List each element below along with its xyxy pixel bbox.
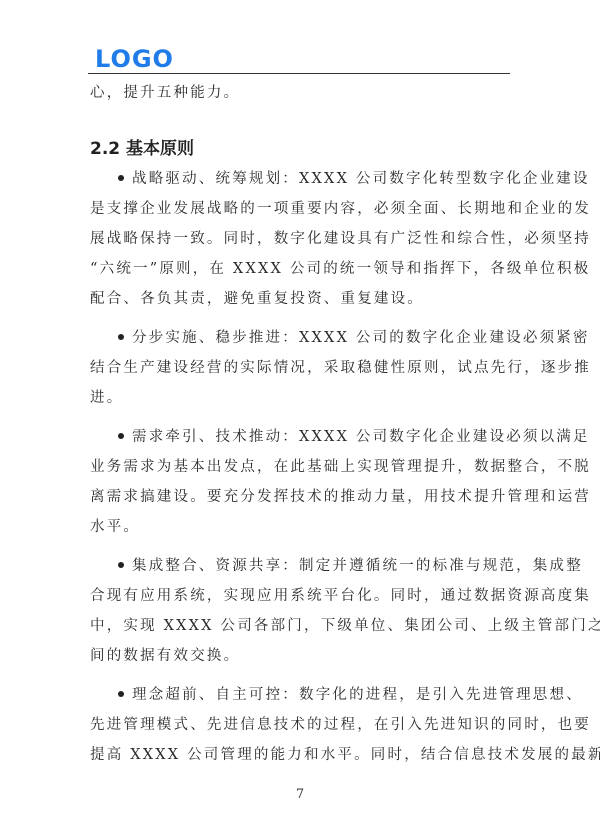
paragraph-1-line-2: 是支撑企业发展战略的一项重要内容，必须全面、长期地和企业的发	[90, 200, 510, 218]
paragraph-5-line-3: 提高 XXXX 公司管理的能力和水平。同时，结合信息技术发展的最新	[90, 746, 510, 764]
paragraph-4-line-2: 合现有应用系统，实现应用系统平台化。同时，通过数据资源高度集	[90, 587, 510, 605]
bullet-icon	[118, 334, 124, 340]
paragraph-1-line-3: 展战略保持一致。同时，数字化建设具有广泛性和综合性，必须坚持	[90, 230, 510, 248]
paragraph-4-line-4: 间的数据有效交换。	[90, 647, 510, 665]
bullet-icon	[118, 562, 124, 568]
header-divider	[88, 73, 510, 74]
paragraph-4-line-3: 中，实现 XXXX 公司各部门，下级单位、集团公司、上级主管部门之	[90, 617, 510, 635]
paragraph-3-line-3: 离需求搞建设。要充分发挥技术的推动力量，用技术提升管理和运营	[90, 488, 510, 506]
continuation-text: 心，提升五种能力。	[90, 84, 510, 102]
paragraph-3-line-4: 水平。	[90, 518, 510, 536]
paragraph-4-line-1: 集成整合、资源共享：制定并遵循统一的标准与规范，集成整	[118, 557, 510, 575]
paragraph-5-line-2: 先进管理模式、先进信息技术的过程，在引入先进知识的同时，也要	[90, 716, 510, 734]
paragraph-2-line-1: 分步实施、稳步推进：XXXX 公司的数字化企业建设必须紧密	[118, 329, 510, 347]
section-heading: 2.2 基本原则	[90, 134, 194, 159]
bullet-icon	[118, 175, 124, 181]
paragraph-1-line-5: 配合、各负其责，避免重复投资、重复建设。	[90, 290, 510, 308]
paragraph-1-line-4: “六统一”原则，在 XXXX 公司的统一领导和指挥下，各级单位积极	[90, 260, 510, 278]
bullet-icon	[118, 433, 124, 439]
logo: LOGO	[95, 47, 174, 71]
paragraph-5-line-1: 理念超前、自主可控：数字化的进程，是引入先进管理思想、	[118, 686, 510, 704]
bullet-icon	[118, 691, 124, 697]
paragraph-3-line-2: 业务需求为基本出发点，在此基础上实现管理提升，数据整合，不脱	[90, 458, 510, 476]
page-number: 7	[0, 787, 600, 802]
paragraph-2-line-3: 进。	[90, 389, 510, 407]
paragraph-2-line-2: 结合生产建设经营的实际情况，采取稳健性原则，试点先行，逐步推	[90, 359, 510, 377]
paragraph-1-line-1: 战略驱动、统筹规划：XXXX 公司数字化转型数字化企业建设	[118, 170, 510, 188]
paragraph-3-line-1: 需求牵引、技术推动：XXXX 公司数字化企业建设必须以满足	[118, 428, 510, 446]
